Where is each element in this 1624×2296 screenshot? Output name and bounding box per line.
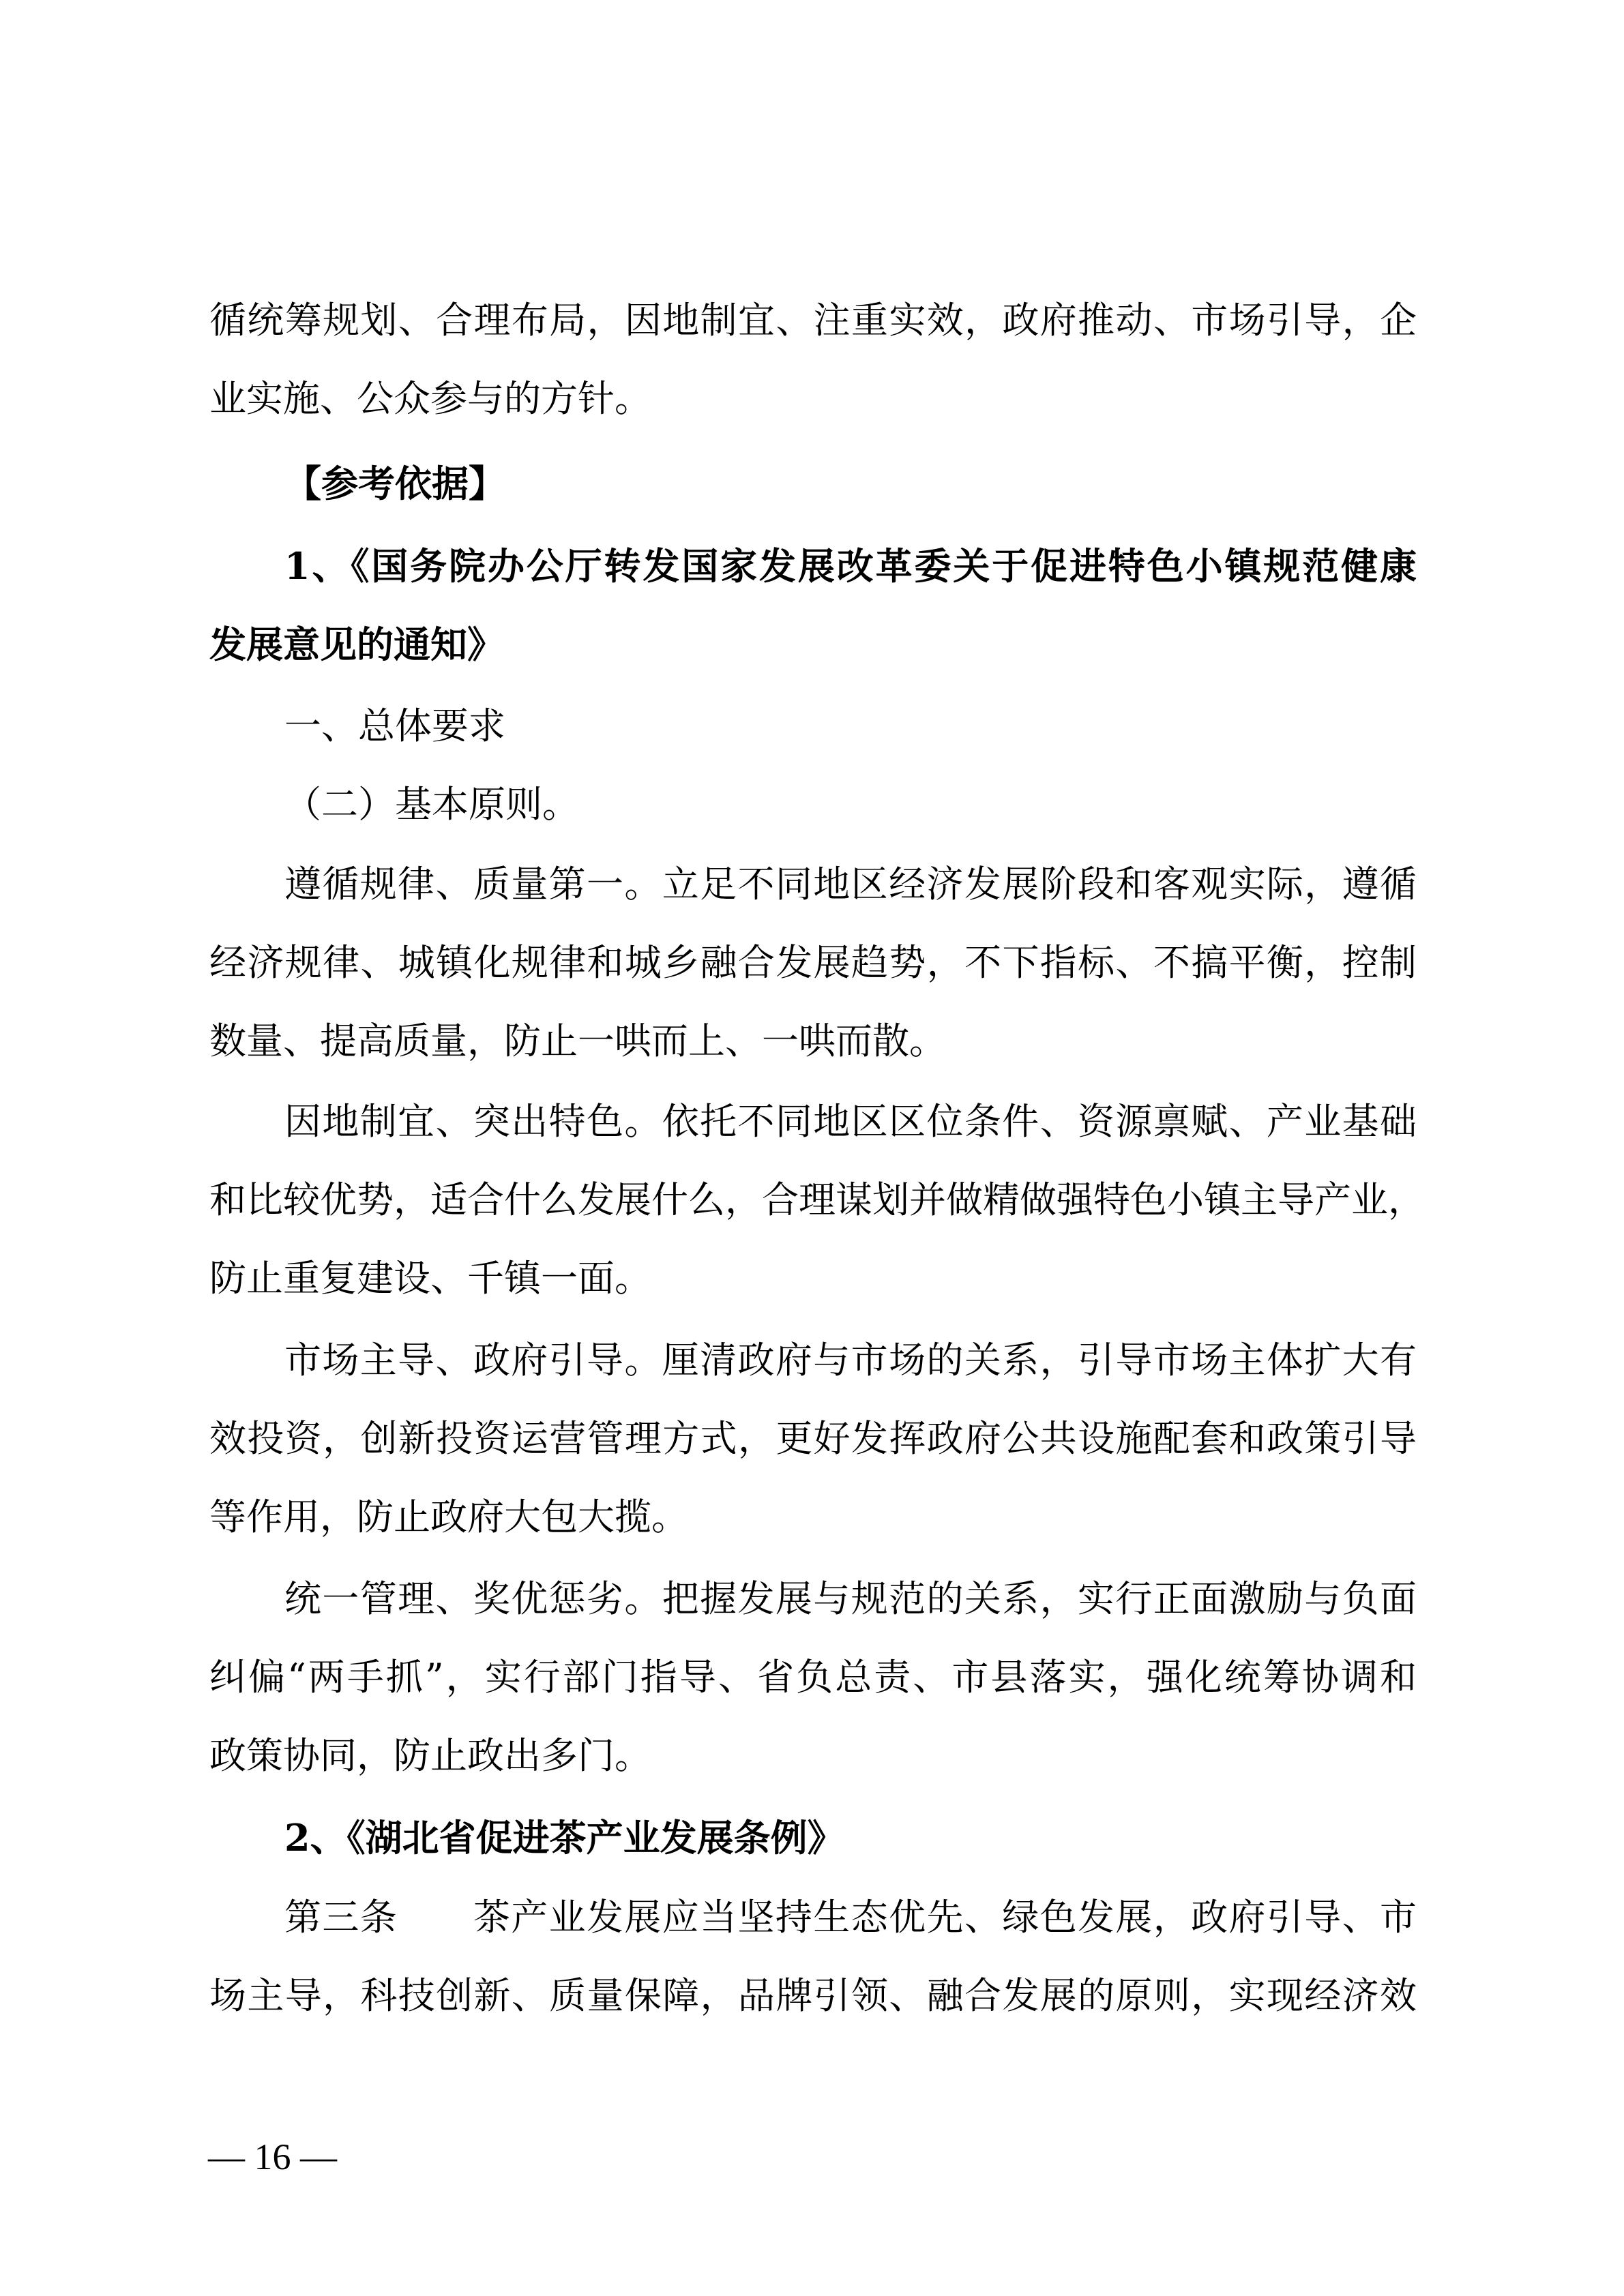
paragraph-1-line-1: 遵循规律、质量第一。立足不同地区经济发展阶段和客观实际，遵循 — [284, 847, 1417, 922]
paragraph-2-line-2: 和比较优势，适合什么发展什么，合理谋划并做精做强特色小镇主导产业， — [209, 1163, 1417, 1238]
paragraph-2-line-3: 防止重复建设、千镇一面。 — [209, 1241, 1417, 1316]
subheading-basic-principles: （二）基本原则。 — [284, 767, 1417, 842]
paragraph-4-line-1: 统一管理、奖优惩劣。把握发展与规范的关系，实行正面激励与负面 — [284, 1562, 1417, 1637]
paragraph-1-line-3: 数量、提高质量，防止一哄而上、一哄而散。 — [209, 1004, 1417, 1079]
paragraph-3-line-3: 等作用，防止政府大包大揽。 — [209, 1480, 1417, 1555]
paragraph-3-line-2: 效投资，创新投资运营管理方式，更好发挥政府公共设施配套和政策引导 — [209, 1401, 1417, 1476]
text-line-1: 循统筹规划、合理布局，因地制宜、注重实效，政府推动、市场引导，企 — [209, 283, 1417, 358]
page-number: — 16 — — [208, 2134, 337, 2179]
text-line-2: 业实施、公众参与的方针。 — [209, 361, 1417, 436]
paragraph-4-line-3: 政策协同，防止政出多门。 — [209, 1718, 1417, 1793]
section-heading-reference: 【参考依据】 — [284, 446, 1417, 521]
article-3-line-1: 第三条 茶产业发展应当坚持生态优先、绿色发展，政府引导、市 — [284, 1880, 1417, 1955]
paragraph-4-line-2: 纠偏“两手抓”，实行部门指导、省负总责、市县落实，强化统筹协调和 — [209, 1640, 1417, 1715]
article-3-line-2: 场主导，科技创新、质量保障，品牌引领、融合发展的原则，实现经济效 — [209, 1958, 1417, 2033]
paragraph-1-line-2: 经济规律、城镇化规律和城乡融合发展趋势，不下指标、不搞平衡，控制 — [209, 925, 1417, 1000]
reference-title-1-line-1: 1、《国务院办公厅转发国家发展改革委关于促进特色小镇规范健康 — [284, 528, 1417, 603]
reference-title-1-line-2: 发展意见的通知》 — [209, 607, 1417, 682]
paragraph-2-line-1: 因地制宜、突出特色。依托不同地区区位条件、资源禀赋、产业基础 — [284, 1084, 1417, 1159]
paragraph-3-line-1: 市场主导、政府引导。厘清政府与市场的关系，引导市场主体扩大有 — [284, 1323, 1417, 1398]
reference-title-2: 2、《湖北省促进茶产业发展条例》 — [284, 1800, 1417, 1875]
subheading-general-requirements: 一、总体要求 — [284, 689, 1417, 764]
